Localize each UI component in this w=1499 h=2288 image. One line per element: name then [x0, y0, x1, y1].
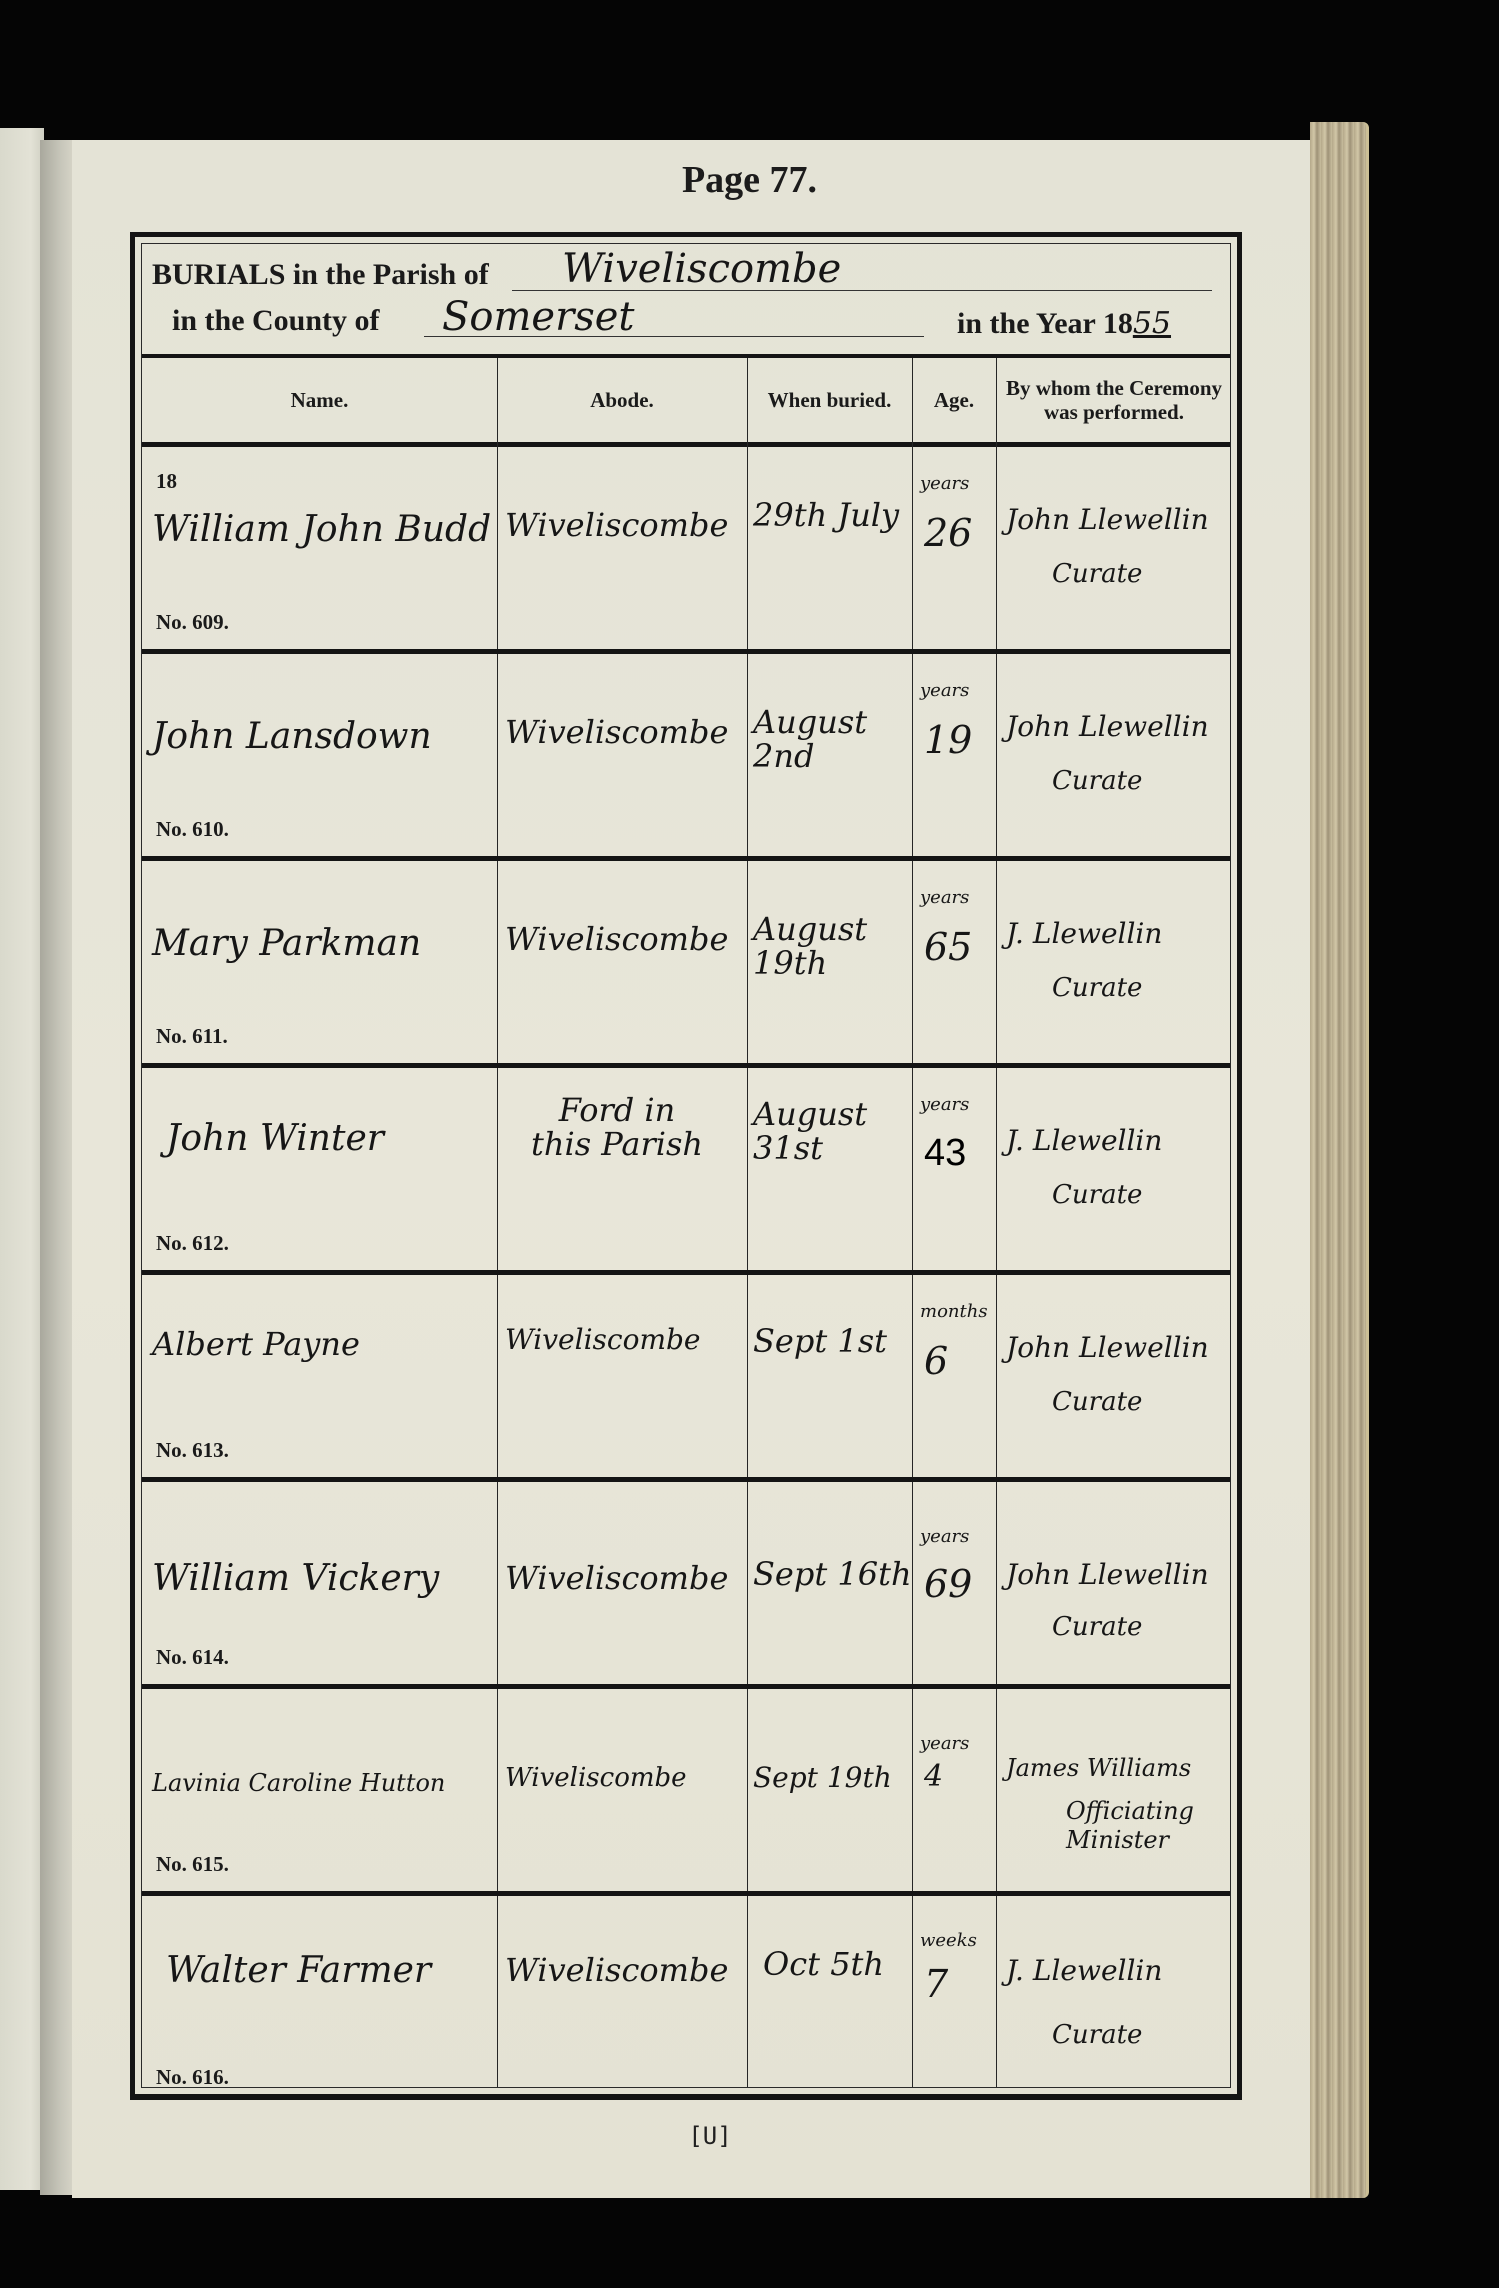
printer-signature-mark: [U] [0, 2122, 1420, 2150]
burial-date: August 2nd [753, 706, 912, 773]
minister-name: James Williams [1006, 1755, 1191, 1781]
age-unit: years [920, 1733, 969, 1754]
table-row: Mary Parkman No. 611. Wiveliscombe Augus… [142, 861, 1230, 1068]
minister-name: J. Llewellin [1006, 919, 1162, 950]
abode-cell: Wiveliscombe [497, 447, 747, 649]
column-header-by-whom: By whom the Ceremony was performed. [996, 358, 1232, 442]
when-cell: Sept 1st [747, 1275, 912, 1477]
burial-date: Oct 5th [763, 1948, 884, 1982]
minister-role: Curate [1052, 1612, 1142, 1642]
age-value: 69 [924, 1562, 972, 1606]
entry-number: No. 610. [156, 817, 229, 842]
abode-value: Wiveliscombe [505, 1765, 687, 1792]
age-value: 65 [924, 925, 972, 969]
table-row: John Winter No. 612. Ford in this Parish… [142, 1068, 1230, 1275]
minister-name: John Llewellin [1006, 505, 1209, 536]
deceased-name: Walter Farmer [166, 1950, 431, 1991]
name-cell: Albert Payne No. 613. [142, 1275, 497, 1477]
burial-date: 29th July [753, 499, 899, 533]
when-cell: Sept 19th [747, 1689, 912, 1891]
county-label: in the County of [172, 304, 380, 337]
minister-role: Officiating Minister [1066, 1797, 1216, 1855]
entry-rows: 18 William John Budd No. 609. Wiveliscom… [142, 447, 1230, 2087]
age-unit: years [920, 1094, 969, 1115]
when-cell: Sept 16th [747, 1482, 912, 1684]
age-cell: months6 [912, 1275, 996, 1477]
abode-cell: Ford in this Parish [497, 1068, 747, 1270]
age-cell: years43 [912, 1068, 996, 1270]
county-value: Somerset [442, 294, 634, 340]
abode-value: Wiveliscombe [505, 1325, 701, 1354]
left-page-edge [0, 128, 44, 2190]
deceased-name: John Winter [166, 1118, 384, 1159]
entry-number: No. 612. [156, 1231, 229, 1256]
name-cell: 18 William John Budd No. 609. [142, 447, 497, 649]
page-title: Page 77. [0, 158, 1499, 202]
age-value: 7 [924, 1962, 948, 2006]
minister-cell: John LlewellinCurate [996, 654, 1232, 856]
parish-line: BURIALS in the Parish of [152, 258, 489, 292]
column-header-when-buried: When buried. [747, 358, 912, 442]
age-cell: years26 [912, 447, 996, 649]
year-label: in the Year 18 [957, 307, 1133, 340]
minister-cell: John LlewellinCurate [996, 1275, 1232, 1477]
minister-role: Curate [1052, 559, 1142, 589]
name-cell: William Vickery No. 614. [142, 1482, 497, 1684]
minister-role: Curate [1052, 766, 1142, 796]
minister-cell: John LlewellinCurate [996, 1482, 1232, 1684]
table-row: Lavinia Caroline Hutton No. 615. Wivelis… [142, 1689, 1230, 1896]
when-cell: 29th July [747, 447, 912, 649]
abode-cell: Wiveliscombe [497, 1482, 747, 1684]
year-value: 55 [1133, 306, 1171, 341]
age-value: 4 [924, 1759, 943, 1794]
abode-cell: Wiveliscombe [497, 861, 747, 1063]
minister-name: J. Llewellin [1006, 1956, 1162, 1987]
abode-cell: Wiveliscombe [497, 654, 747, 856]
minister-cell: J. LlewellinCurate [996, 1068, 1232, 1270]
abode-cell: Wiveliscombe [497, 1689, 747, 1891]
minister-name: John Llewellin [1006, 1333, 1209, 1364]
county-line: in the County of [172, 304, 380, 338]
abode-value: Ford in this Parish [527, 1094, 707, 1161]
age-unit: years [920, 887, 969, 908]
column-header-name: Name. [142, 358, 497, 442]
deceased-name: John Lansdown [152, 716, 432, 757]
burial-date: Sept 16th [753, 1558, 912, 1592]
minister-cell: John LlewellinCurate [996, 447, 1232, 649]
when-cell: August 31st [747, 1068, 912, 1270]
when-cell: Oct 5th [747, 1896, 912, 2104]
deceased-name: Mary Parkman [152, 923, 421, 964]
age-unit: years [920, 473, 969, 494]
minister-role: Curate [1052, 1180, 1142, 1210]
age-unit: years [920, 1526, 969, 1547]
parish-value: Wiveliscombe [562, 246, 841, 292]
deceased-name: Lavinia Caroline Hutton [152, 1769, 445, 1797]
name-cell: Walter Farmer No. 616. [142, 1896, 497, 2104]
minister-cell: J. LlewellinCurate [996, 861, 1232, 1063]
entry-number: No. 611. [156, 1024, 228, 1049]
minister-cell: J. LlewellinCurate [996, 1896, 1232, 2104]
age-unit: months [920, 1301, 988, 1322]
burial-date: Sept 1st [753, 1325, 887, 1359]
abode-cell: Wiveliscombe [497, 1275, 747, 1477]
entry-number: No. 614. [156, 1645, 229, 1670]
table-row: Walter Farmer No. 616. Wiveliscombe Oct … [142, 1896, 1230, 2104]
minister-role: Curate [1052, 973, 1142, 1003]
age-value: 26 [924, 511, 972, 555]
age-value: 6 [924, 1339, 948, 1383]
burial-date: August 31st [753, 1098, 912, 1165]
abode-cell: Wiveliscombe [497, 1896, 747, 2104]
column-header-abode: Abode. [497, 358, 747, 442]
entry-number: No. 616. [156, 2065, 229, 2090]
deceased-name: William Vickery [152, 1558, 439, 1599]
burial-date: Sept 19th [753, 1763, 892, 1792]
burial-register-table: BURIALS in the Parish of Wiveliscombe in… [130, 232, 1242, 2100]
name-cell: John Winter No. 612. [142, 1068, 497, 1270]
minister-role: Curate [1052, 2020, 1142, 2050]
parish-label: BURIALS in the Parish of [152, 258, 489, 291]
entry-number: No. 615. [156, 1852, 229, 1877]
age-cell: years4 [912, 1689, 996, 1891]
deceased-name: William John Budd [152, 509, 491, 550]
when-cell: August 19th [747, 861, 912, 1063]
table-row: William Vickery No. 614. Wiveliscombe Se… [142, 1482, 1230, 1689]
register-heading: BURIALS in the Parish of Wiveliscombe in… [142, 244, 1230, 358]
column-header-row: Name. Abode. When buried. Age. By whom t… [142, 358, 1230, 447]
age-cell: weeks7 [912, 1896, 996, 2104]
age-unit: weeks [920, 1930, 977, 1951]
age-cell: years19 [912, 654, 996, 856]
year-prefix: 18 [156, 469, 177, 494]
when-cell: August 2nd [747, 654, 912, 856]
abode-value: Wiveliscombe [505, 923, 728, 957]
table-row: 18 William John Budd No. 609. Wiveliscom… [142, 447, 1230, 654]
entry-number: No. 609. [156, 610, 229, 635]
name-cell: John Lansdown No. 610. [142, 654, 497, 856]
name-cell: Lavinia Caroline Hutton No. 615. [142, 1689, 497, 1891]
age-unit: years [920, 680, 969, 701]
abode-value: Wiveliscombe [505, 509, 728, 543]
name-cell: Mary Parkman No. 611. [142, 861, 497, 1063]
minister-name: J. Llewellin [1006, 1126, 1162, 1157]
abode-value: Wiveliscombe [505, 1562, 728, 1596]
minister-cell: James WilliamsOfficiating Minister [996, 1689, 1232, 1891]
page-edges-stack [1310, 122, 1369, 2198]
entry-number: No. 613. [156, 1438, 229, 1463]
minister-name: John Llewellin [1006, 712, 1209, 743]
minister-role: Curate [1052, 1387, 1142, 1417]
year-line: in the Year 1855 [957, 306, 1171, 341]
burial-date: August 19th [753, 913, 912, 980]
abode-value: Wiveliscombe [505, 716, 728, 750]
abode-value: Wiveliscombe [505, 1954, 728, 1988]
age-value: 43 [924, 1132, 966, 1175]
table-row: Albert Payne No. 613. Wiveliscombe Sept … [142, 1275, 1230, 1482]
deceased-name: Albert Payne [152, 1325, 360, 1363]
age-cell: years69 [912, 1482, 996, 1684]
register-inner-border: BURIALS in the Parish of Wiveliscombe in… [141, 243, 1231, 2088]
age-value: 19 [924, 718, 972, 762]
age-cell: years65 [912, 861, 996, 1063]
minister-name: John Llewellin [1006, 1560, 1209, 1591]
table-row: John Lansdown No. 610. Wiveliscombe Augu… [142, 654, 1230, 861]
column-header-age: Age. [912, 358, 996, 442]
